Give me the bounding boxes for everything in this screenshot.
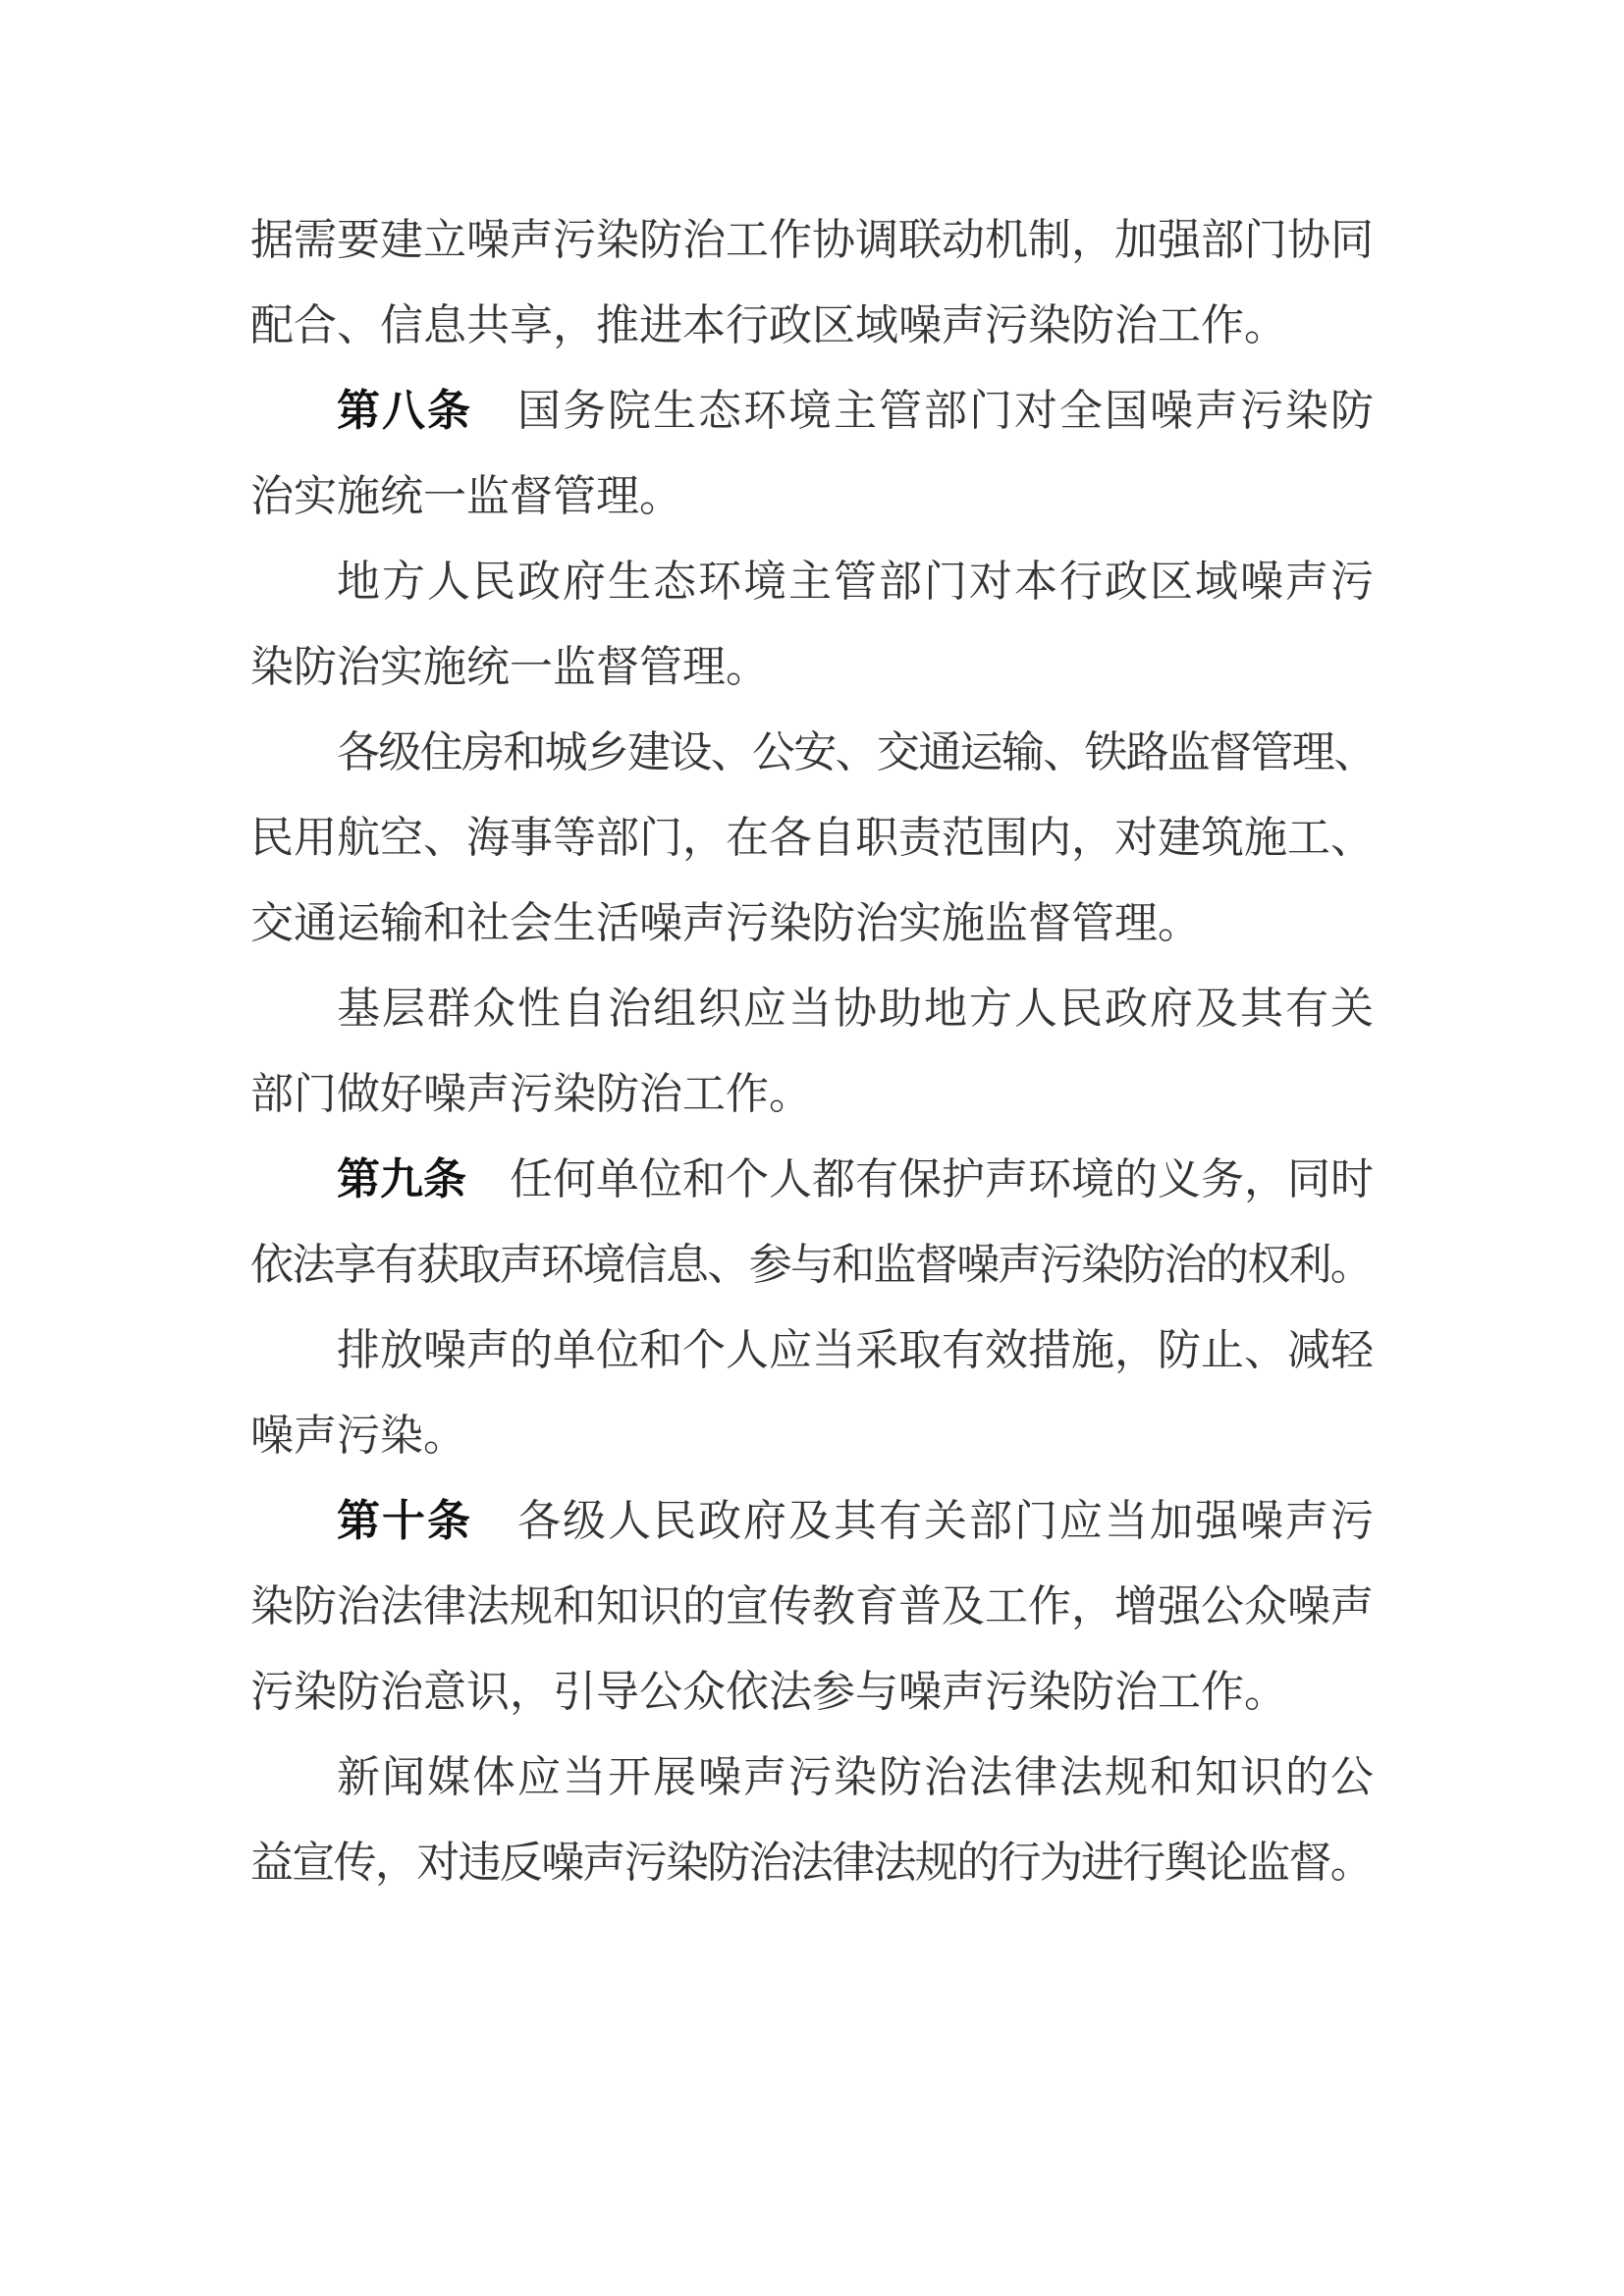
text-line: 第十条 各级人民政府及其有关部门应当加强噪声污: [250, 1478, 1374, 1564]
text-line: 配合、信息共享，推进本行政区域噪声污染防治工作。: [250, 283, 1374, 368]
text-line: 第九条 任何单位和个人都有保护声环境的义务，同时: [250, 1137, 1374, 1222]
line-text: 噪声污染。: [250, 1412, 466, 1460]
legal-document-page: 据需要建立噪声污染防治工作协调联动机制，加强部门协同配合、信息共享，推进本行政区…: [0, 0, 1624, 2296]
text-line: 治实施统一监督管理。: [250, 454, 1374, 539]
line-text: 各级人民政府及其有关部门应当加强噪声污: [517, 1497, 1374, 1545]
line-text: 益宣传，对违反噪声污染防治法律法规的行为进行舆论监督。: [250, 1839, 1372, 1887]
line-text: 部门做好噪声污染防治工作。: [250, 1070, 812, 1118]
text-line: 据需要建立噪声污染防治工作协调联动机制，加强部门协同: [250, 197, 1374, 283]
line-text: 基层群众性自治组织应当协助地方人民政府及其有关: [337, 985, 1374, 1033]
line-text: 染防治法律法规和知识的宣传教育普及工作，增强公众噪声: [250, 1582, 1374, 1630]
article-number: 第九条: [337, 1155, 466, 1203]
ideographic-space: [472, 1497, 517, 1545]
text-line: 基层群众性自治组织应当协助地方人民政府及其有关: [250, 966, 1374, 1051]
line-text: 治实施统一监督管理。: [250, 472, 682, 520]
text-line: 第八条 国务院生态环境主管部门对全国噪声污染防: [250, 368, 1374, 454]
line-text: 国务院生态环境主管部门对全国噪声污染防: [517, 387, 1374, 435]
line-text: 交通运输和社会生活噪声污染防治实施监督管理。: [250, 899, 1201, 947]
line-text: 排放噪声的单位和个人应当采取有效措施，防止、减轻: [337, 1326, 1374, 1374]
line-text: 染防治实施统一监督管理。: [250, 643, 769, 691]
line-text: 各级住房和城乡建设、公安、交通运输、铁路监督管理、: [337, 728, 1376, 776]
text-line: 民用航空、海事等部门，在各自职责范围内，对建筑施工、: [250, 795, 1374, 881]
article-number: 第八条: [337, 387, 472, 435]
line-text: 依法享有获取声环境信息、参与和监督噪声污染防治的权利。: [250, 1241, 1372, 1289]
text-line: 染防治法律法规和知识的宣传教育普及工作，增强公众噪声: [250, 1564, 1374, 1649]
text-line: 染防治实施统一监督管理。: [250, 624, 1374, 710]
text-line: 排放噪声的单位和个人应当采取有效措施，防止、减轻: [250, 1308, 1374, 1393]
text-line: 部门做好噪声污染防治工作。: [250, 1051, 1374, 1137]
text-line: 新闻媒体应当开展噪声污染防治法律法规和知识的公: [250, 1735, 1374, 1820]
text-line: 各级住房和城乡建设、公安、交通运输、铁路监督管理、: [250, 710, 1374, 795]
text-line: 污染防治意识，引导公众依法参与噪声污染防治工作。: [250, 1649, 1374, 1735]
document-page-root: { "page": { "background_color": "#ffffff…: [0, 0, 1624, 2296]
line-text: 据需要建立噪声污染防治工作协调联动机制，加强部门协同: [250, 216, 1374, 264]
line-text: 民用航空、海事等部门，在各自职责范围内，对建筑施工、: [250, 814, 1374, 862]
article-number: 第十条: [337, 1497, 472, 1545]
document-text-block: 据需要建立噪声污染防治工作协调联动机制，加强部门协同配合、信息共享，推进本行政区…: [250, 197, 1374, 1905]
text-line: 地方人民政府生态环境主管部门对本行政区域噪声污: [250, 539, 1374, 624]
ideographic-space: [472, 387, 517, 435]
text-line: 益宣传，对违反噪声污染防治法律法规的行为进行舆论监督。: [250, 1820, 1374, 1905]
text-line: 依法享有获取声环境信息、参与和监督噪声污染防治的权利。: [250, 1222, 1374, 1308]
line-text: 任何单位和个人都有保护声环境的义务，同时: [510, 1155, 1374, 1203]
ideographic-space: [466, 1155, 510, 1203]
line-text: 新闻媒体应当开展噪声污染防治法律法规和知识的公: [337, 1753, 1374, 1801]
text-line: 交通运输和社会生活噪声污染防治实施监督管理。: [250, 881, 1374, 966]
text-line: 噪声污染。: [250, 1393, 1374, 1478]
line-text: 配合、信息共享，推进本行政区域噪声污染防治工作。: [250, 301, 1287, 349]
line-text: 污染防治意识，引导公众依法参与噪声污染防治工作。: [250, 1668, 1287, 1716]
line-text: 地方人民政府生态环境主管部门对本行政区域噪声污: [337, 558, 1374, 606]
